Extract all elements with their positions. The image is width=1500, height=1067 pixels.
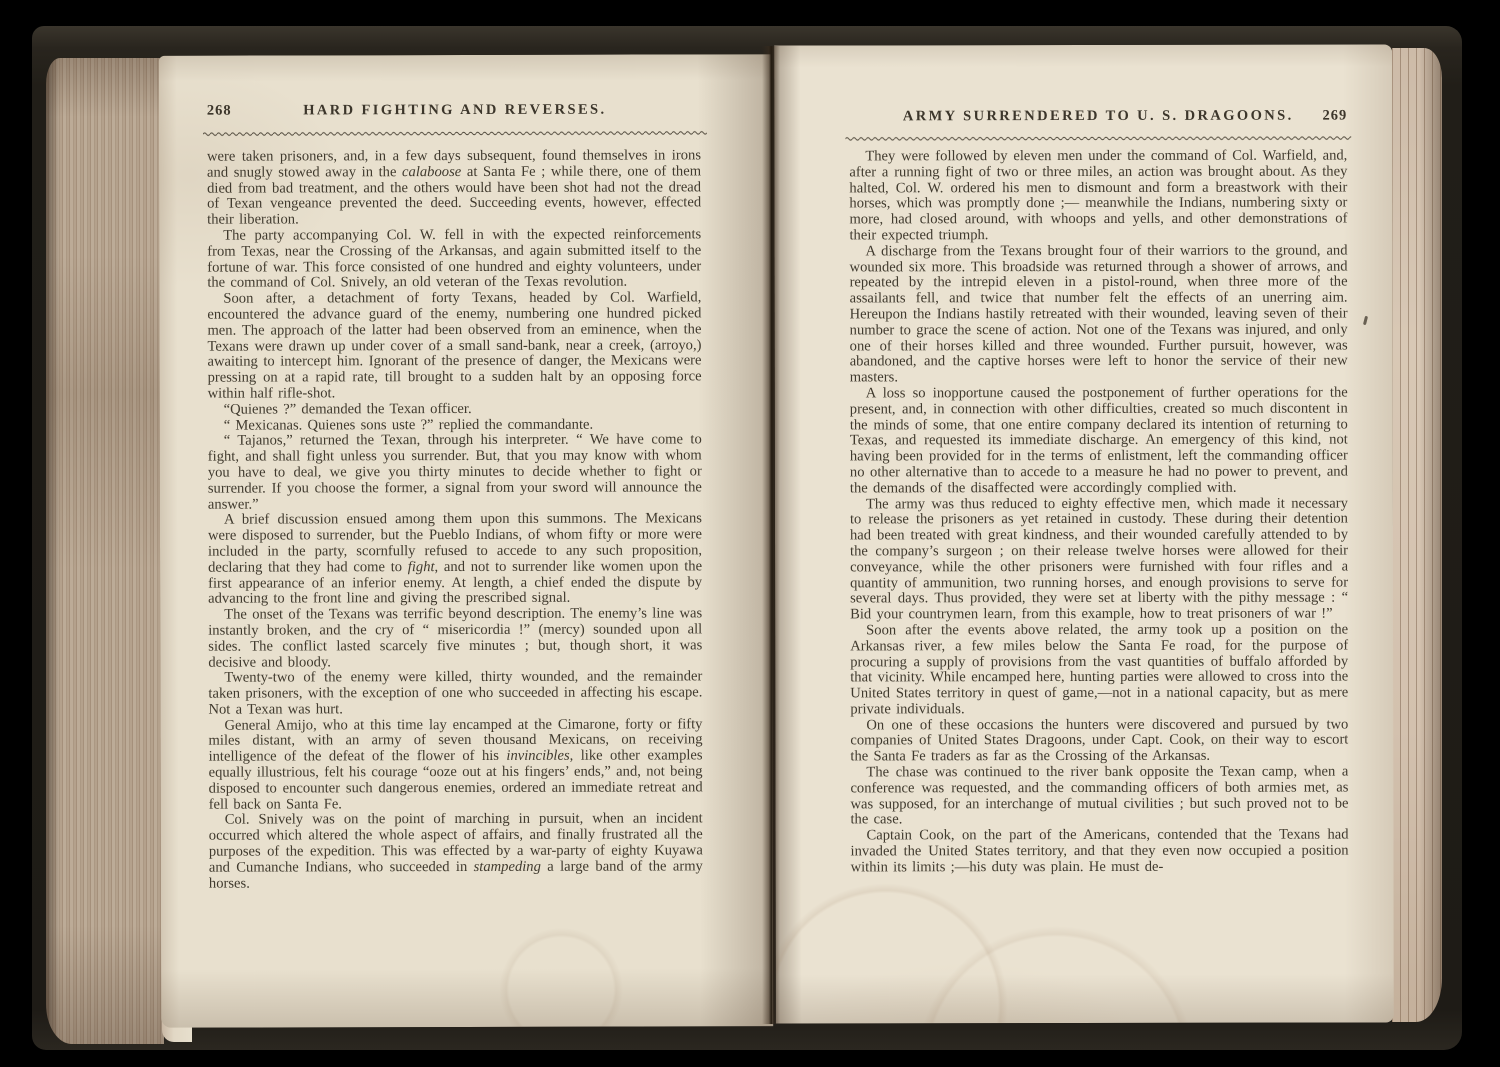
left-running-header: 268 HARD FIGHTING AND REVERSES. [207,101,703,122]
paragraph: “ Tajanos,” returned the Texan, through … [208,433,702,513]
left-running-head-text: HARD FIGHTING AND REVERSES. [207,101,703,119]
left-page-edges [46,58,164,1044]
paragraph: Soon after the events above related, the… [850,622,1348,718]
paragraph: Captain Cook, on the part of the America… [851,828,1349,876]
paragraph: On one of these occasions the hunters we… [850,717,1348,765]
paragraph: A discharge from the Texans brought four… [849,243,1347,386]
right-running-header: ARMY SURRENDERED TO U. S. DRAGOONS. 269 [849,108,1347,129]
paragraph: They were followed by eleven men under t… [849,149,1347,245]
paragraph: A loss so inopportune caused the postpon… [850,385,1348,496]
right-page: ARMY SURRENDERED TO U. S. DRAGOONS. 269 … [774,44,1394,1023]
left-page-body: were taken prisoners, and, in a few days… [207,148,703,949]
wavy-rule [845,135,1351,143]
paragraph: Col. Snively was on the point of marchin… [209,812,703,892]
paragraph: Twenty-two of the enemy were killed, thi… [208,670,702,719]
photo-of-open-book: 268 HARD FIGHTING AND REVERSES. were tak… [0,0,1500,1067]
paragraph: “Quienes ?” demanded the Texan officer. [208,401,702,418]
wavy-rule [203,129,707,137]
left-page: 268 HARD FIGHTING AND REVERSES. were tak… [159,54,774,1028]
paragraph: The army was thus reduced to eighty effe… [850,496,1348,623]
right-page-number: 269 [1323,108,1348,125]
paragraph: Soon after, a detachment of forty Texans… [207,291,701,403]
paragraph: A brief discussion ensued among them upo… [208,512,702,608]
right-page-body: They were followed by eleven men under t… [849,149,1348,950]
paragraph: The party accompanying Col. W. fell in w… [207,227,701,291]
paragraph: were taken prisoners, and, in a few days… [207,148,701,228]
right-running-head-text: ARMY SURRENDERED TO U. S. DRAGOONS. [849,108,1347,126]
right-page-edges [1392,48,1442,1022]
paragraph: The onset of the Texans was terrific bey… [208,606,702,670]
paragraph: The chase was continued to the river ban… [850,765,1348,829]
book-gutter-shadow [762,46,780,1024]
paragraph: General Amijo, who at this time lay enca… [208,717,702,813]
